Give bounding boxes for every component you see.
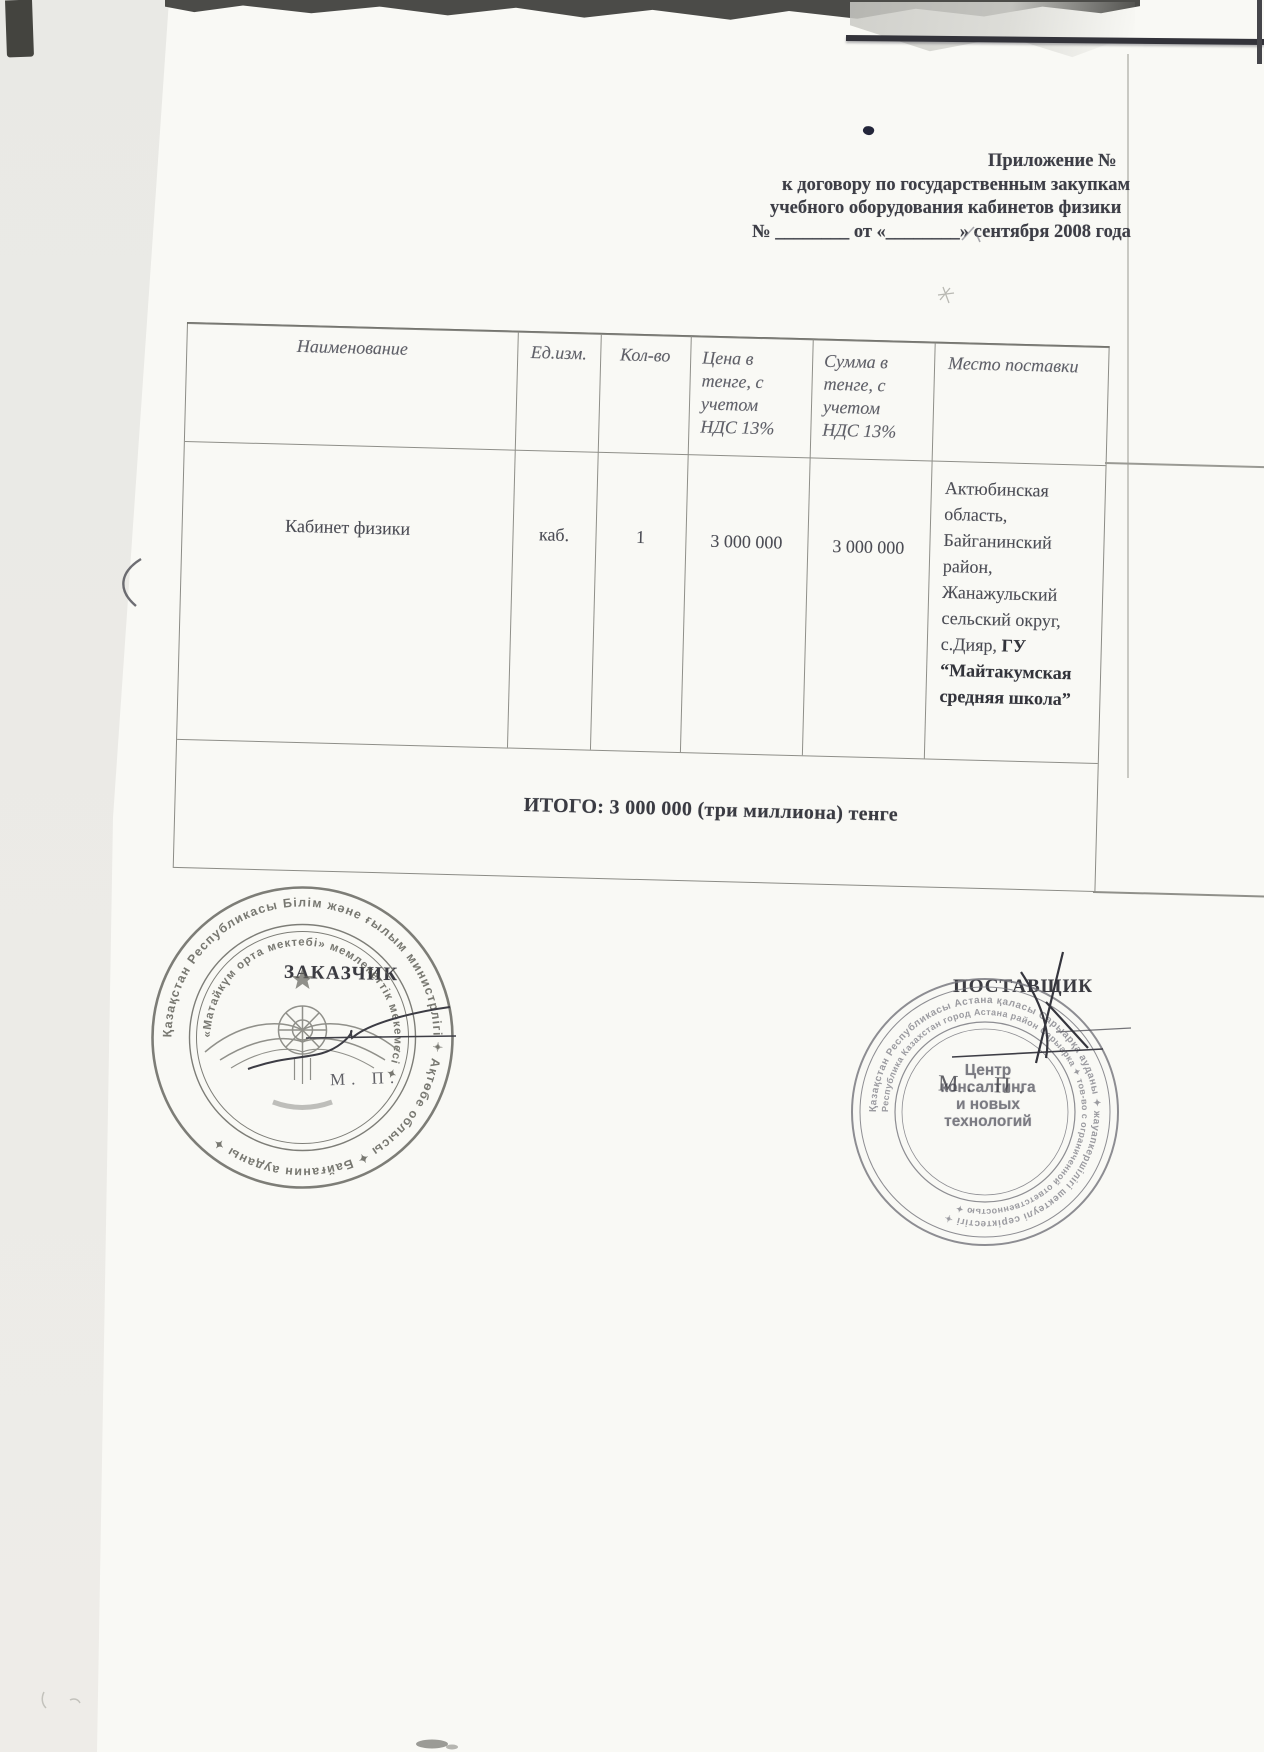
customer-mp-mark: М. П. [330, 1068, 401, 1090]
bottom-border-extension-line [1093, 891, 1264, 897]
header-line-number-date: № ________ от «________» сентября 2008 г… [752, 221, 1131, 243]
procurement-table: Наименование Ед.изм. Кол-во Цена в тенге… [173, 322, 1110, 892]
header-cell-qty: Кол-во [598, 334, 691, 454]
row-cell-place: Актюбинская область, Байганинский район,… [924, 461, 1108, 764]
crumpled-paper-corner [850, 2, 1135, 60]
scanned-document-page: Приложение № к договору по государственн… [0, 0, 1264, 1752]
bottom-smudge-small [446, 1745, 458, 1750]
header-cell-unit: Ед.изм. [515, 332, 601, 452]
row-cell-price: 3 000 000 [680, 454, 810, 755]
row-cell-unit: каб. [507, 450, 598, 750]
header-cell-price: Цена в тенге, с учетом НДС 13% [688, 336, 813, 457]
header-cell-name: Наименование [185, 323, 518, 450]
header-cell-place: Место поставки [932, 343, 1111, 466]
header-cell-sum: Сумма в тенге, с учетом НДС 13% [810, 339, 935, 460]
row-cell-qty: 1 [590, 452, 688, 752]
place-regular-text: Актюбинская область, Байганинский район,… [941, 478, 1061, 656]
right-edge-artifact [1257, 0, 1262, 64]
header-line-appendix: Приложение № [988, 150, 1117, 172]
header-line-contract: к договору по государственным закупкам [782, 174, 1130, 196]
bottom-smudge [416, 1740, 448, 1749]
customer-seal: Қазақстан Республикасы Білім және ғылым … [145, 880, 460, 1195]
row-cell-sum: 3 000 000 [802, 457, 932, 758]
scanner-background-strip [0, 0, 180, 1752]
document-header: Приложение № к договору по государственн… [740, 148, 1132, 256]
supplier-mp-mark: М. П. [938, 1070, 1033, 1099]
ink-dot-artifact [862, 124, 875, 136]
faint-scribble [938, 287, 954, 303]
seal-center-line: и новых [905, 1096, 1071, 1113]
header-line-equipment: учебного оборудования кабинетов физики [770, 197, 1121, 219]
row-cell-name: Кабинет физики [177, 441, 515, 748]
total-row: ИТОГО: 3 000 000 (три миллиона) тенге [174, 739, 1098, 893]
dark-corner-artifact [5, 0, 34, 57]
seal-center-line: технологий [905, 1113, 1071, 1130]
